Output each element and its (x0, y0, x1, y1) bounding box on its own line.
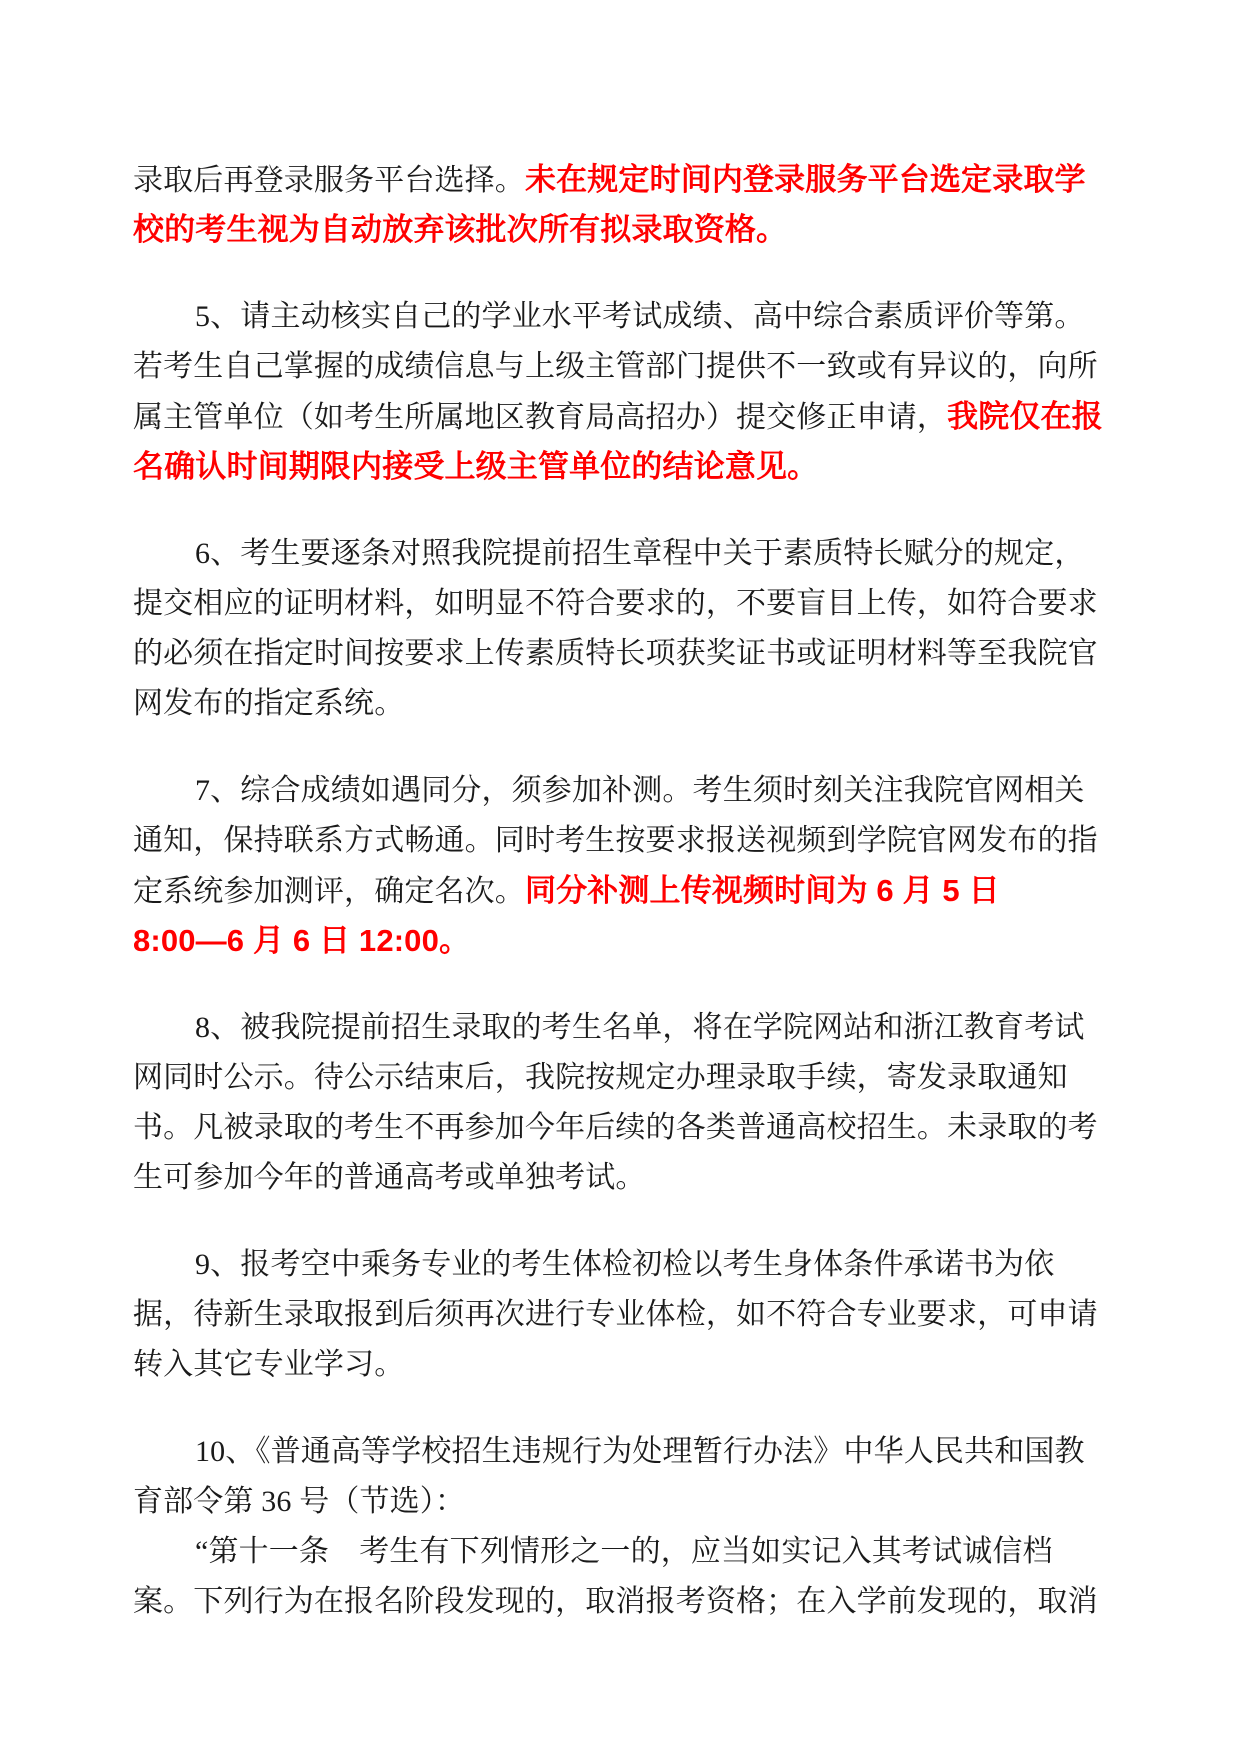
emphasis-red-text: 同分补测上传视频时间为 6 月 5 日 (525, 873, 1000, 908)
text-line: 录取后再登录服务平台选择。未在规定时间内登录服务平台选定录取学 (133, 155, 1103, 205)
paragraph: 10、《普通高等学校招生违规行为处理暂行办法》中华人民共和国教育部令第 36 号… (133, 1427, 1103, 1527)
text-line: 8:00—6 月 6 日 12:00。 (133, 916, 1103, 966)
document-page: 录取后再登录服务平台选择。未在规定时间内登录服务平台选定录取学校的考生视为自动放… (0, 0, 1241, 1754)
paragraph: 5、请主动核实自己的学业水平考试成绩、高中综合素质评价等第。若考生自己掌握的成绩… (133, 292, 1103, 492)
body-text: 7、综合成绩如遇同分，须参加补测。考生须时刻关注我院官网相关 (195, 774, 1085, 807)
text-line: 育部令第 36 号（节选）： (133, 1477, 1103, 1527)
text-line: 校的考生视为自动放弃该批次所有拟录取资格。 (133, 205, 1103, 255)
body-text: 提交相应的证明材料，如明显不符合要求的，不要盲目上传，如符合要求 (133, 587, 1098, 620)
text-line: 案。下列行为在报名阶段发现的，取消报考资格；在入学前发现的，取消 (133, 1577, 1103, 1627)
body-text: 8、被我院提前招生录取的考生名单，将在学院网站和浙江教育考试 (195, 1011, 1085, 1044)
text-line: 8、被我院提前招生录取的考生名单，将在学院网站和浙江教育考试 (133, 1003, 1103, 1053)
paragraph: 录取后再登录服务平台选择。未在规定时间内登录服务平台选定录取学校的考生视为自动放… (133, 155, 1103, 255)
document-body: 录取后再登录服务平台选择。未在规定时间内登录服务平台选定录取学校的考生视为自动放… (133, 155, 1103, 1627)
body-text: 育部令第 36 号（节选）： (133, 1485, 465, 1518)
text-line: 网发布的指定系统。 (133, 679, 1103, 729)
text-line: 若考生自己掌握的成绩信息与上级主管部门提供不一致或有异议的，向所 (133, 342, 1103, 392)
body-text: 9、报考空中乘务专业的考生体检初检以考生身体条件承诺书为依 (195, 1248, 1054, 1281)
body-text: 录取后再登录服务平台选择。 (133, 164, 525, 197)
text-line: 网同时公示。待公示结束后，我院按规定办理录取手续，寄发录取通知 (133, 1053, 1103, 1103)
text-line: 5、请主动核实自己的学业水平考试成绩、高中综合素质评价等第。 (133, 292, 1103, 342)
text-line: 提交相应的证明材料，如明显不符合要求的，不要盲目上传，如符合要求 (133, 579, 1103, 629)
body-text: “第十一条 考生有下列情形之一的，应当如实记入其考试诚信档 (195, 1535, 1053, 1568)
paragraph: 6、考生要逐条对照我院提前招生章程中关于素质特长赋分的规定，提交相应的证明材料，… (133, 529, 1103, 729)
paragraph: 7、综合成绩如遇同分，须参加补测。考生须时刻关注我院官网相关通知，保持联系方式畅… (133, 766, 1103, 966)
body-text: 网同时公示。待公示结束后，我院按规定办理录取手续，寄发录取通知 (133, 1061, 1068, 1094)
text-line: 属主管单位（如考生所属地区教育局高招办）提交修正申请，我院仅在报 (133, 392, 1103, 442)
body-text: 属主管单位（如考生所属地区教育局高招办）提交修正申请， (133, 401, 947, 434)
text-line: 7、综合成绩如遇同分，须参加补测。考生须时刻关注我院官网相关 (133, 766, 1103, 816)
text-line: 生可参加今年的普通高考或单独考试。 (133, 1153, 1103, 1203)
text-line: 转入其它专业学习。 (133, 1340, 1103, 1390)
body-text: 据，待新生录取报到后须再次进行专业体检，如不符合专业要求，可申请 (133, 1298, 1098, 1331)
text-line: 6、考生要逐条对照我院提前招生章程中关于素质特长赋分的规定， (133, 529, 1103, 579)
body-text: 转入其它专业学习。 (133, 1348, 404, 1381)
emphasis-red-text: 未在规定时间内登录服务平台选定录取学 (525, 162, 1086, 197)
body-text: 网发布的指定系统。 (133, 687, 404, 720)
text-line: 书。凡被录取的考生不再参加今年后续的各类普通高校招生。未录取的考 (133, 1103, 1103, 1153)
body-text: 的必须在指定时间按要求上传素质特长项获奖证书或证明材料等至我院官 (133, 637, 1098, 670)
body-text: 5、请主动核实自己的学业水平考试成绩、高中综合素质评价等第。 (195, 300, 1085, 333)
text-line: 据，待新生录取报到后须再次进行专业体检，如不符合专业要求，可申请 (133, 1290, 1103, 1340)
text-line: 通知，保持联系方式畅通。同时考生按要求报送视频到学院官网发布的指 (133, 816, 1103, 866)
text-line: 9、报考空中乘务专业的考生体检初检以考生身体条件承诺书为依 (133, 1240, 1103, 1290)
body-text: 定系统参加测评，确定名次。 (133, 875, 525, 908)
emphasis-red-text: 校的考生视为自动放弃该批次所有拟录取资格。 (133, 212, 787, 247)
emphasis-red-text: 名确认时间期限内接受上级主管单位的结论意见。 (133, 449, 818, 484)
paragraph: 9、报考空中乘务专业的考生体检初检以考生身体条件承诺书为依据，待新生录取报到后须… (133, 1240, 1103, 1390)
body-text: 10、《普通高等学校招生违规行为处理暂行办法》中华人民共和国教 (195, 1435, 1085, 1468)
body-text: 书。凡被录取的考生不再参加今年后续的各类普通高校招生。未录取的考 (133, 1111, 1098, 1144)
body-text: 6、考生要逐条对照我院提前招生章程中关于素质特长赋分的规定， (195, 537, 1085, 570)
body-text: 案。下列行为在报名阶段发现的，取消报考资格；在入学前发现的，取消 (133, 1585, 1098, 1618)
body-text: 生可参加今年的普通高考或单独考试。 (133, 1161, 646, 1194)
emphasis-red-text: 8:00—6 月 6 日 12:00。 (133, 923, 470, 958)
text-line: 的必须在指定时间按要求上传素质特长项获奖证书或证明材料等至我院官 (133, 629, 1103, 679)
paragraph: “第十一条 考生有下列情形之一的，应当如实记入其考试诚信档案。下列行为在报名阶段… (133, 1527, 1103, 1627)
text-line: 定系统参加测评，确定名次。同分补测上传视频时间为 6 月 5 日 (133, 866, 1103, 916)
emphasis-red-text: 我院仅在报 (947, 399, 1103, 434)
text-line: 10、《普通高等学校招生违规行为处理暂行办法》中华人民共和国教 (133, 1427, 1103, 1477)
paragraph: 8、被我院提前招生录取的考生名单，将在学院网站和浙江教育考试网同时公示。待公示结… (133, 1003, 1103, 1203)
body-text: 若考生自己掌握的成绩信息与上级主管部门提供不一致或有异议的，向所 (133, 350, 1098, 383)
text-line: “第十一条 考生有下列情形之一的，应当如实记入其考试诚信档 (133, 1527, 1103, 1577)
text-line: 名确认时间期限内接受上级主管单位的结论意见。 (133, 442, 1103, 492)
body-text: 通知，保持联系方式畅通。同时考生按要求报送视频到学院官网发布的指 (133, 824, 1098, 857)
